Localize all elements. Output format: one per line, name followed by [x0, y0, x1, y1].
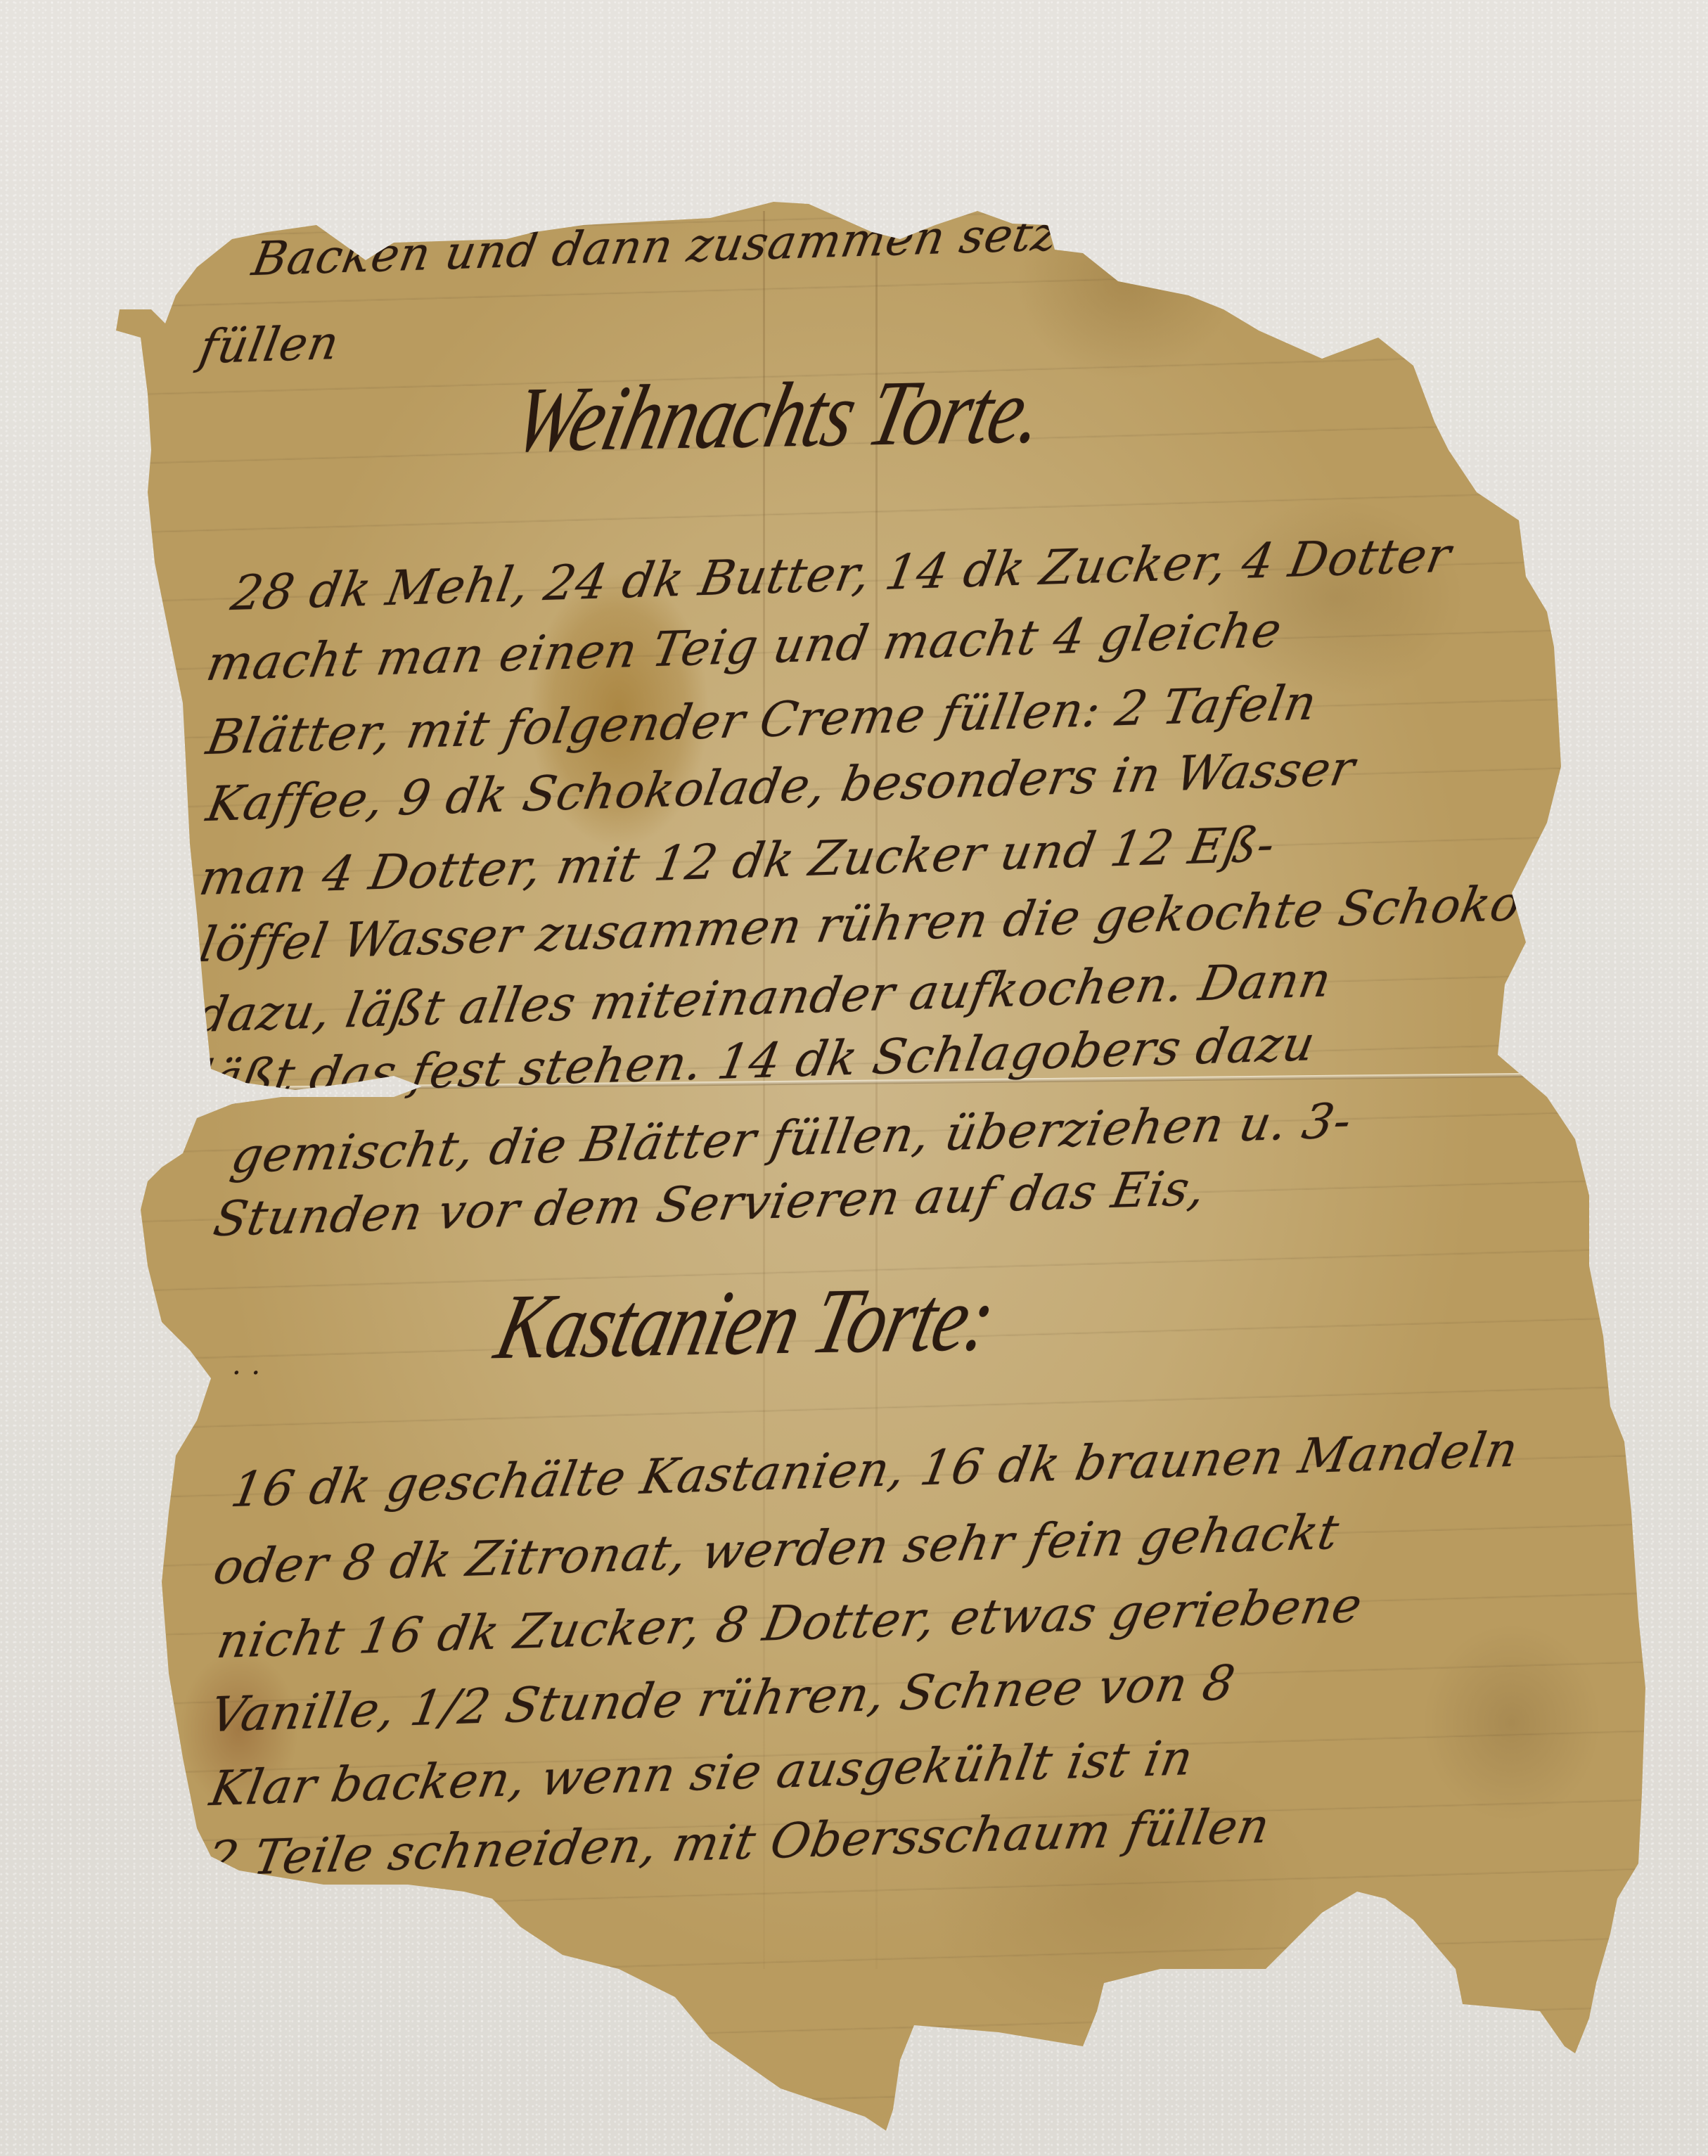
recipe-title-weihnachts-torte: Weihnachts Torte.	[504, 357, 1053, 474]
recipe-title-kastanien-torte: Kastanien Torte:	[487, 1264, 1004, 1380]
recipe-title-text: Weihnachts Torte	[505, 359, 1035, 471]
recipe-title-text: Kastanien Torte	[487, 1266, 980, 1378]
aged-paper-sheet: Backen und dann zusammen setzen füllen W…	[0, 0, 1708, 2156]
continuation-line-2: füllen	[195, 316, 344, 375]
stray-ink-dots: · ·	[232, 1357, 261, 1390]
